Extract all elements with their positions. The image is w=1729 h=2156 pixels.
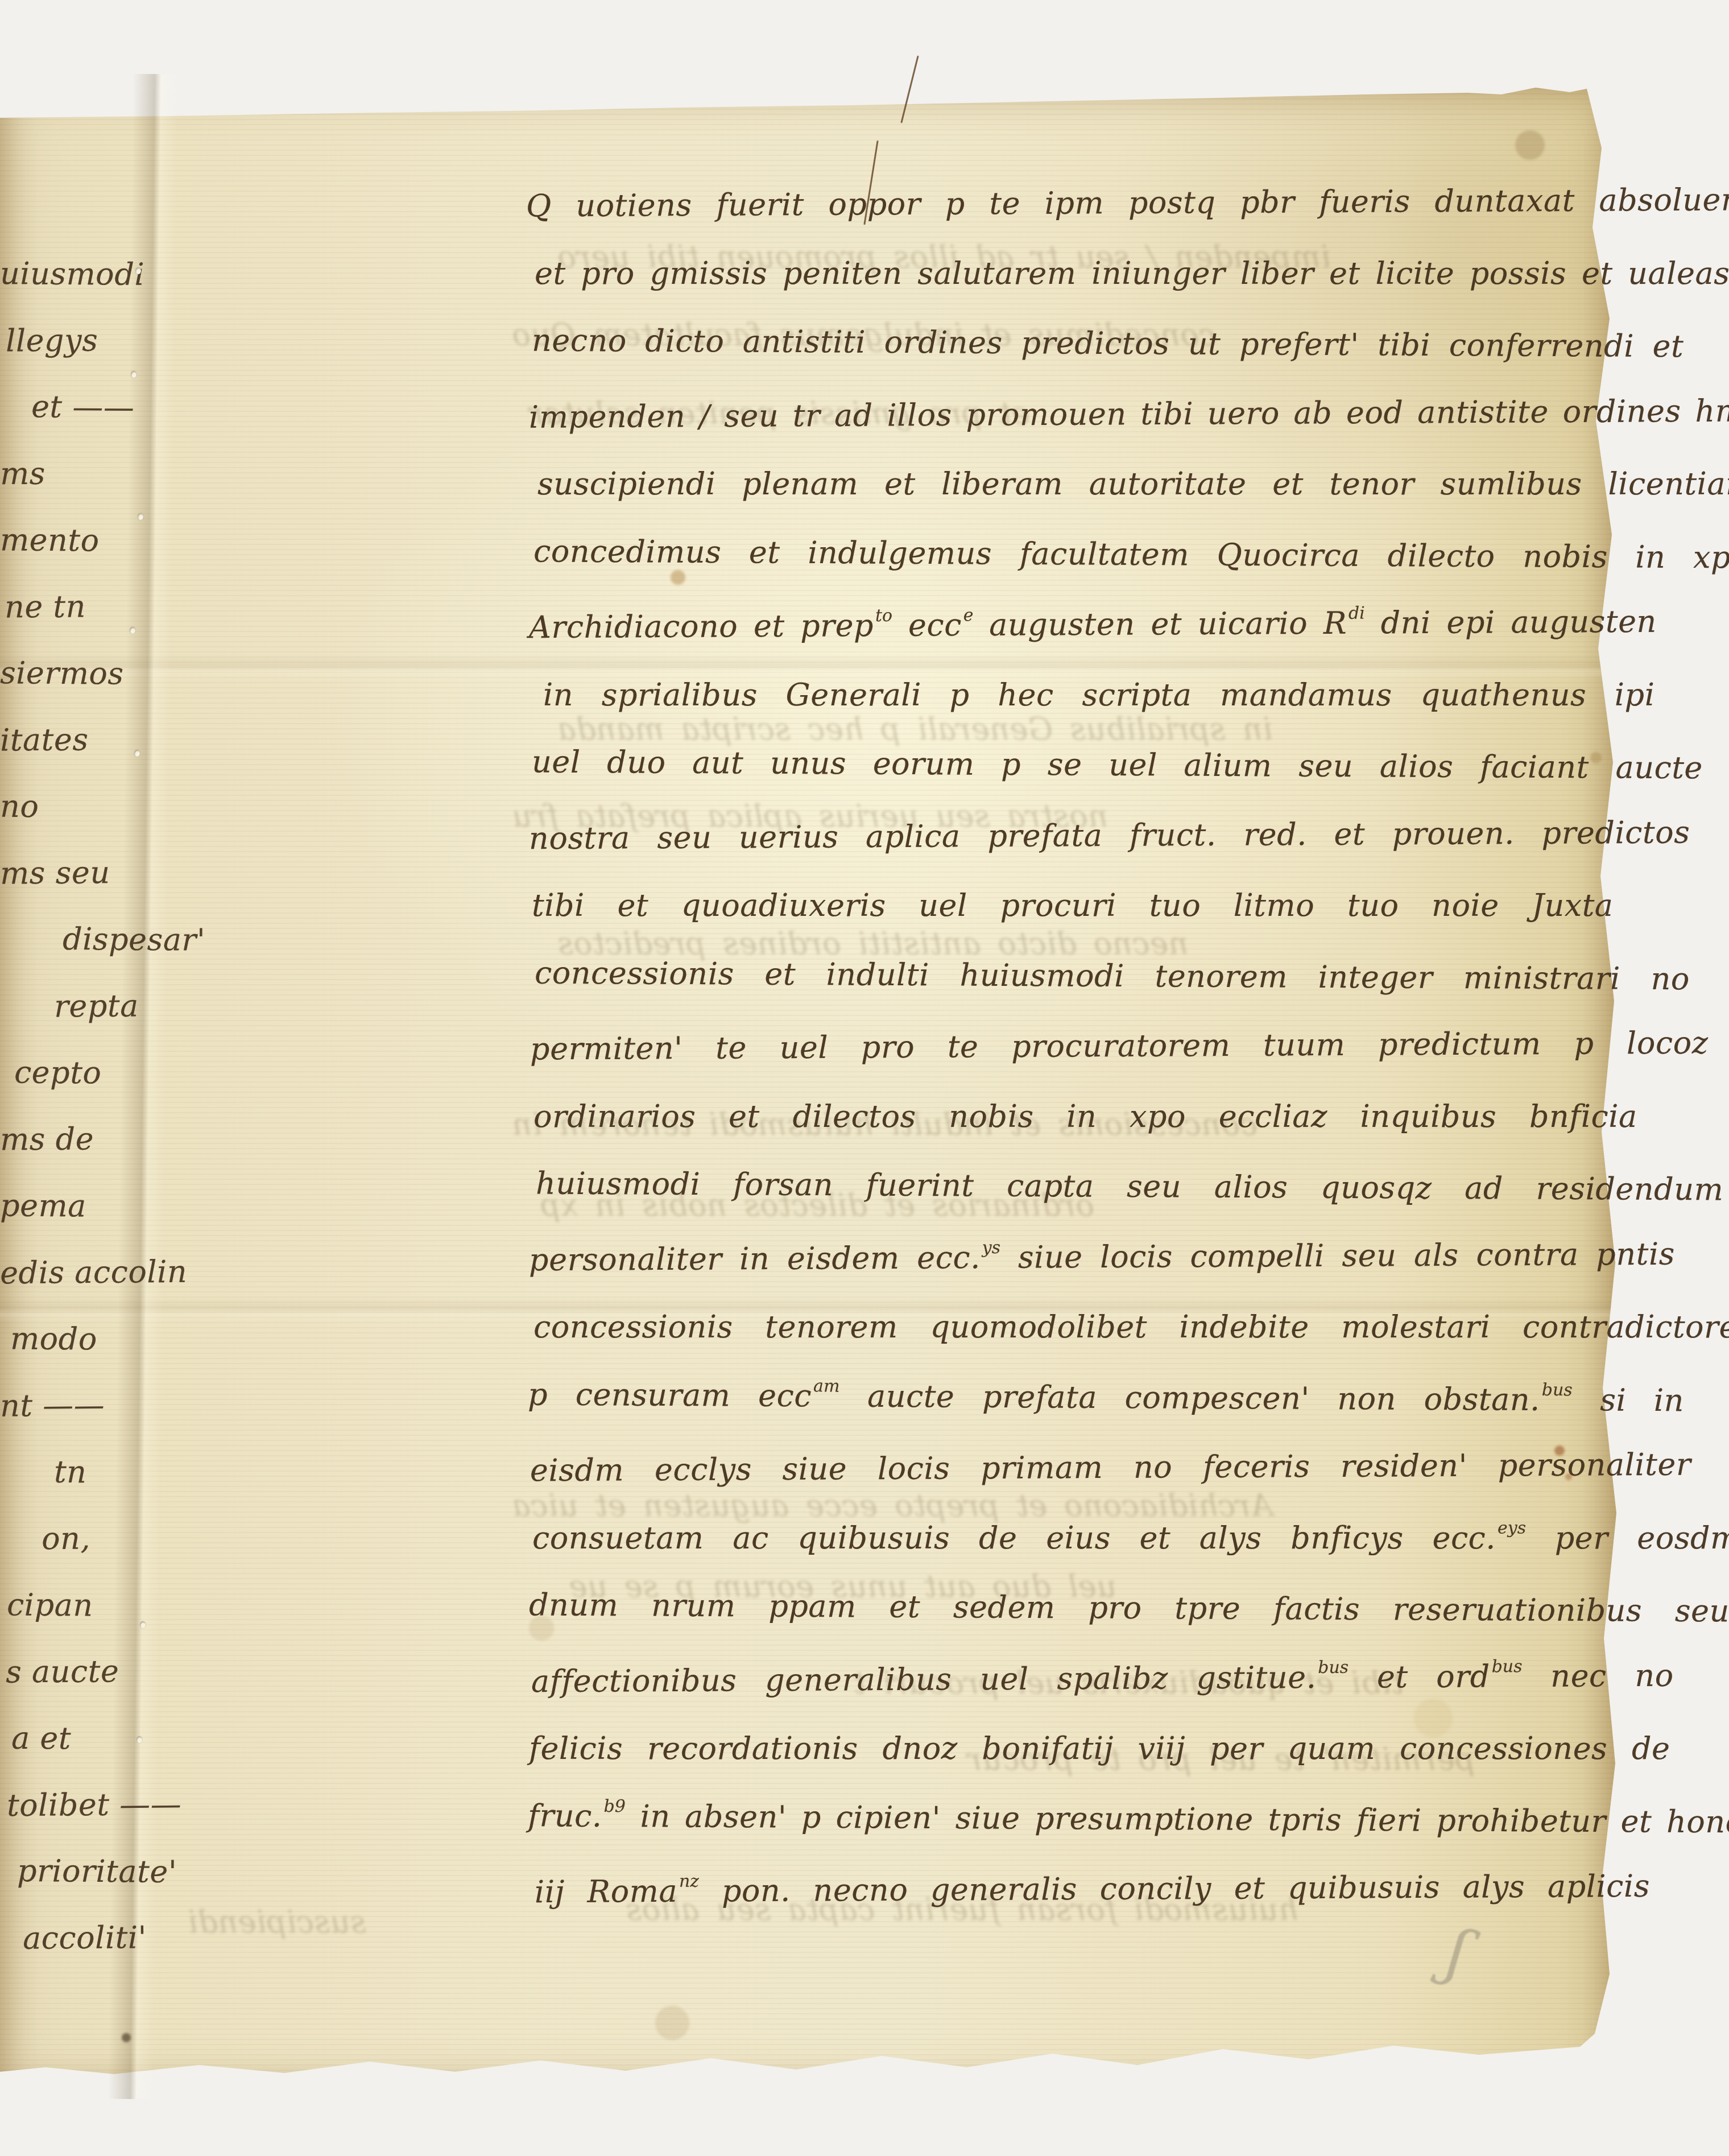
line-text: fruc.: [528, 1798, 602, 1834]
scan-area: impenden / seu tr ad illos promouen tibi…: [0, 0, 1729, 2156]
line-text: pon. necno generalis concily et quibusui…: [699, 1868, 1650, 1909]
stain-spot: [1414, 1699, 1453, 1737]
pinhole: [136, 1736, 142, 1743]
text-line: p censuram eccam aucte prefata compescen…: [528, 1379, 1684, 1416]
line-text: dnum nrum ppam et sedem pro tpre factis …: [529, 1587, 1729, 1629]
line-text: augusten et uicario R: [973, 605, 1347, 643]
margin-fragment: ne tn: [5, 592, 86, 623]
text-line: fruc.b9 in absen' p cipien' siue presump…: [528, 1800, 1729, 1838]
text-line: iij Romanz pon. necno generalis concily …: [535, 1871, 1650, 1907]
line-text: aucte prefata compescen' non obstan.: [839, 1378, 1540, 1417]
text-line: concessionis tenorem quomodolibet indebi…: [533, 1312, 1729, 1343]
stain-spot: [122, 2033, 131, 2042]
margin-fragment: uiusmodi: [0, 258, 144, 290]
margin-fragment: nt ——: [0, 1390, 105, 1421]
margin-fragment: repta: [54, 990, 139, 1022]
line-text: iij Roma: [535, 1873, 677, 1910]
text-line: personaliter in eisdem ecc.ys siue locis…: [529, 1238, 1675, 1275]
superscript-abbreviation: e: [963, 605, 974, 625]
line-text: et ord: [1349, 1658, 1490, 1695]
pinhole: [140, 1621, 146, 1628]
line-text: ecc: [892, 607, 962, 643]
text-line: suscipiendi plenam et liberam autoritate…: [537, 469, 1729, 499]
line-text: nostra seu uerius aplica prefata fruct. …: [529, 814, 1690, 856]
text-line: et pro gmissis peniten salutarem iniunge…: [535, 258, 1729, 289]
line-text: si in: [1572, 1382, 1684, 1418]
margin-fragment: siermos: [0, 658, 124, 689]
superscript-abbreviation: bus: [1491, 1657, 1522, 1676]
line-text: concessionis et indulti huiusmodi tenore…: [535, 955, 1690, 997]
margin-fragment: on,: [42, 1523, 90, 1555]
text-line: in sprialibus Generali p hec scripta man…: [543, 680, 1654, 711]
line-text: permiten' te uel pro te procuratorem tuu…: [530, 1025, 1709, 1067]
text-line: dnum nrum ppam et sedem pro tpre factis …: [529, 1589, 1729, 1626]
margin-fragment: ms seu: [0, 857, 110, 889]
scanned-manuscript: { "page": { "background_color": "#f2f1ee…: [0, 0, 1729, 2156]
superscript-abbreviation: bus: [1542, 1380, 1573, 1400]
margin-fragment: edis accolin: [0, 1257, 187, 1288]
text-line: Archidiacono et prepto ecce augusten et …: [529, 606, 1657, 643]
text-line: concedimus et indulgemus facultatem Quoc…: [533, 536, 1729, 573]
pinhole: [138, 513, 143, 520]
margin-fragment: no: [0, 791, 39, 822]
text-line: Q uotiens fuerit oppor p te ipm postq pb…: [526, 184, 1729, 221]
margin-fragment: accoliti': [23, 1922, 147, 1954]
text-line: nostra seu uerius aplica prefata fruct. …: [529, 817, 1690, 854]
superscript-abbreviation: to: [875, 606, 892, 626]
text-line: eisdm ecclys siue locis primam no feceri…: [530, 1449, 1691, 1486]
manuscript-page: [0, 80, 1620, 2096]
line-text: personaliter in eisdem ecc.: [529, 1240, 981, 1278]
line-text: consuetam ac quibusuis de eius et alys b…: [532, 1520, 1496, 1556]
margin-fragment: s aucte: [6, 1656, 119, 1687]
line-text: uel duo aut unus eorum p se uel alium se…: [532, 744, 1703, 786]
margin-fragment: prioritate': [17, 1856, 177, 1887]
line-text: Q uotiens fuerit oppor p te ipm postq pb…: [526, 181, 1729, 224]
text-line: tibi et quoadiuxeris uel procuri tuo lit…: [532, 890, 1614, 921]
margin-fragment: llegys: [6, 325, 98, 356]
bleedthrough-text: suscipiendi: [188, 1907, 366, 1938]
stain-spot: [1554, 1445, 1565, 1456]
pinhole: [130, 627, 135, 634]
margin-fragment: itates: [0, 724, 89, 755]
stain-spot: [1590, 752, 1602, 763]
margin-fragment: ms de: [0, 1124, 94, 1155]
superscript-abbreviation: nz: [679, 1872, 699, 1891]
text-line: huiusmodi forsan fuerint capta seu alios…: [536, 1168, 1723, 1205]
line-text: affectionibus generalibus uel spalibz gs…: [531, 1659, 1317, 1699]
margin-fragment: tolibet ——: [7, 1789, 182, 1821]
line-text: impenden / seu tr ad illos promouen tibi…: [529, 393, 1729, 435]
stain-spot: [671, 570, 685, 585]
margin-fragment: ms: [0, 459, 45, 490]
pinhole: [134, 750, 140, 757]
line-text: siue locis compelli seu als contra pntis: [1000, 1236, 1675, 1275]
bleedthrough-text: necno dicto antistiti ordines predictos: [557, 928, 1188, 959]
pinhole: [131, 371, 136, 378]
text-line: ordinarios et dilectos nobis in xpo eccl…: [533, 1101, 1637, 1132]
line-text: per eosdm: [1526, 1520, 1729, 1556]
margin-fragment: dispesar': [63, 924, 206, 956]
line-text: et pro gmissis peniten salutarem iniunge…: [535, 255, 1729, 291]
line-text: in absen' p cipien' siue presumptione tp…: [626, 1798, 1729, 1840]
text-line: uel duo aut unus eorum p se uel alium se…: [532, 747, 1703, 784]
text-line: felicis recordationis dnoz bonifatij vii…: [529, 1733, 1670, 1764]
pinhole: [135, 267, 141, 274]
stain-spot: [1565, 1473, 1572, 1480]
superscript-abbreviation: b9: [604, 1796, 626, 1816]
line-text: p censuram ecc: [528, 1376, 812, 1414]
margin-fragment: a et: [11, 1723, 71, 1754]
text-line: impenden / seu tr ad illos promouen tibi…: [529, 395, 1729, 432]
superscript-abbreviation: am: [813, 1376, 840, 1396]
margin-fragment: pema: [0, 1190, 86, 1221]
text-line: concessionis et indulti huiusmodi tenore…: [535, 957, 1690, 994]
line-text: huiusmodi forsan fuerint capta seu alios…: [536, 1166, 1724, 1208]
margin-fragment: cepto: [14, 1057, 102, 1088]
stain-spot: [1515, 130, 1545, 160]
line-text: felicis recordationis dnoz bonifatij vii…: [529, 1730, 1670, 1766]
stain-spot: [655, 2006, 689, 2040]
line-text: tibi et quoadiuxeris uel procuri tuo lit…: [532, 887, 1614, 923]
margin-fragment: mento: [0, 524, 100, 556]
margin-fragment: modo: [10, 1323, 97, 1354]
line-text: ordinarios et dilectos nobis in xpo eccl…: [533, 1098, 1637, 1134]
line-text: in sprialibus Generali p hec scripta man…: [543, 677, 1654, 713]
bleedthrough-text: in sprialibus Generali p hec scripta man…: [557, 714, 1273, 745]
line-text: Archidiacono et prep: [529, 608, 874, 645]
superscript-abbreviation: bus: [1318, 1657, 1349, 1677]
superscript-abbreviation: eys: [1498, 1518, 1526, 1538]
superscript-abbreviation: ys: [982, 1237, 1001, 1257]
text-line: consuetam ac quibusuis de eius et alys b…: [532, 1523, 1729, 1554]
stain-spot: [529, 1616, 554, 1641]
line-text: concessionis tenorem quomodolibet indebi…: [533, 1309, 1729, 1345]
horizontal-crease: [0, 654, 1620, 679]
line-text: dni epi augusten: [1365, 604, 1657, 641]
line-text: suscipiendi plenam et liberam autoritate…: [537, 466, 1729, 502]
line-text: eisdm ecclys siue locis primam no feceri…: [530, 1447, 1691, 1489]
margin-fragment: et ——: [31, 391, 135, 423]
superscript-abbreviation: di: [1349, 603, 1365, 623]
line-text: necno dicto antistiti ordines predictos …: [532, 323, 1684, 365]
text-line: affectionibus generalibus uel spalibz gs…: [531, 1660, 1674, 1697]
line-text: concedimus et indulgemus facultatem Quoc…: [533, 533, 1729, 575]
line-text: nec no: [1522, 1657, 1673, 1694]
margin-fragment: cipan: [7, 1589, 93, 1621]
text-line: necno dicto antistiti ordines predictos …: [532, 325, 1684, 362]
text-line: permiten' te uel pro te procuratorem tuu…: [530, 1028, 1709, 1065]
bleedthrough-text: Archidiacono et prepto ecce augusten et …: [512, 1490, 1273, 1521]
margin-fragment: tn: [54, 1457, 87, 1488]
